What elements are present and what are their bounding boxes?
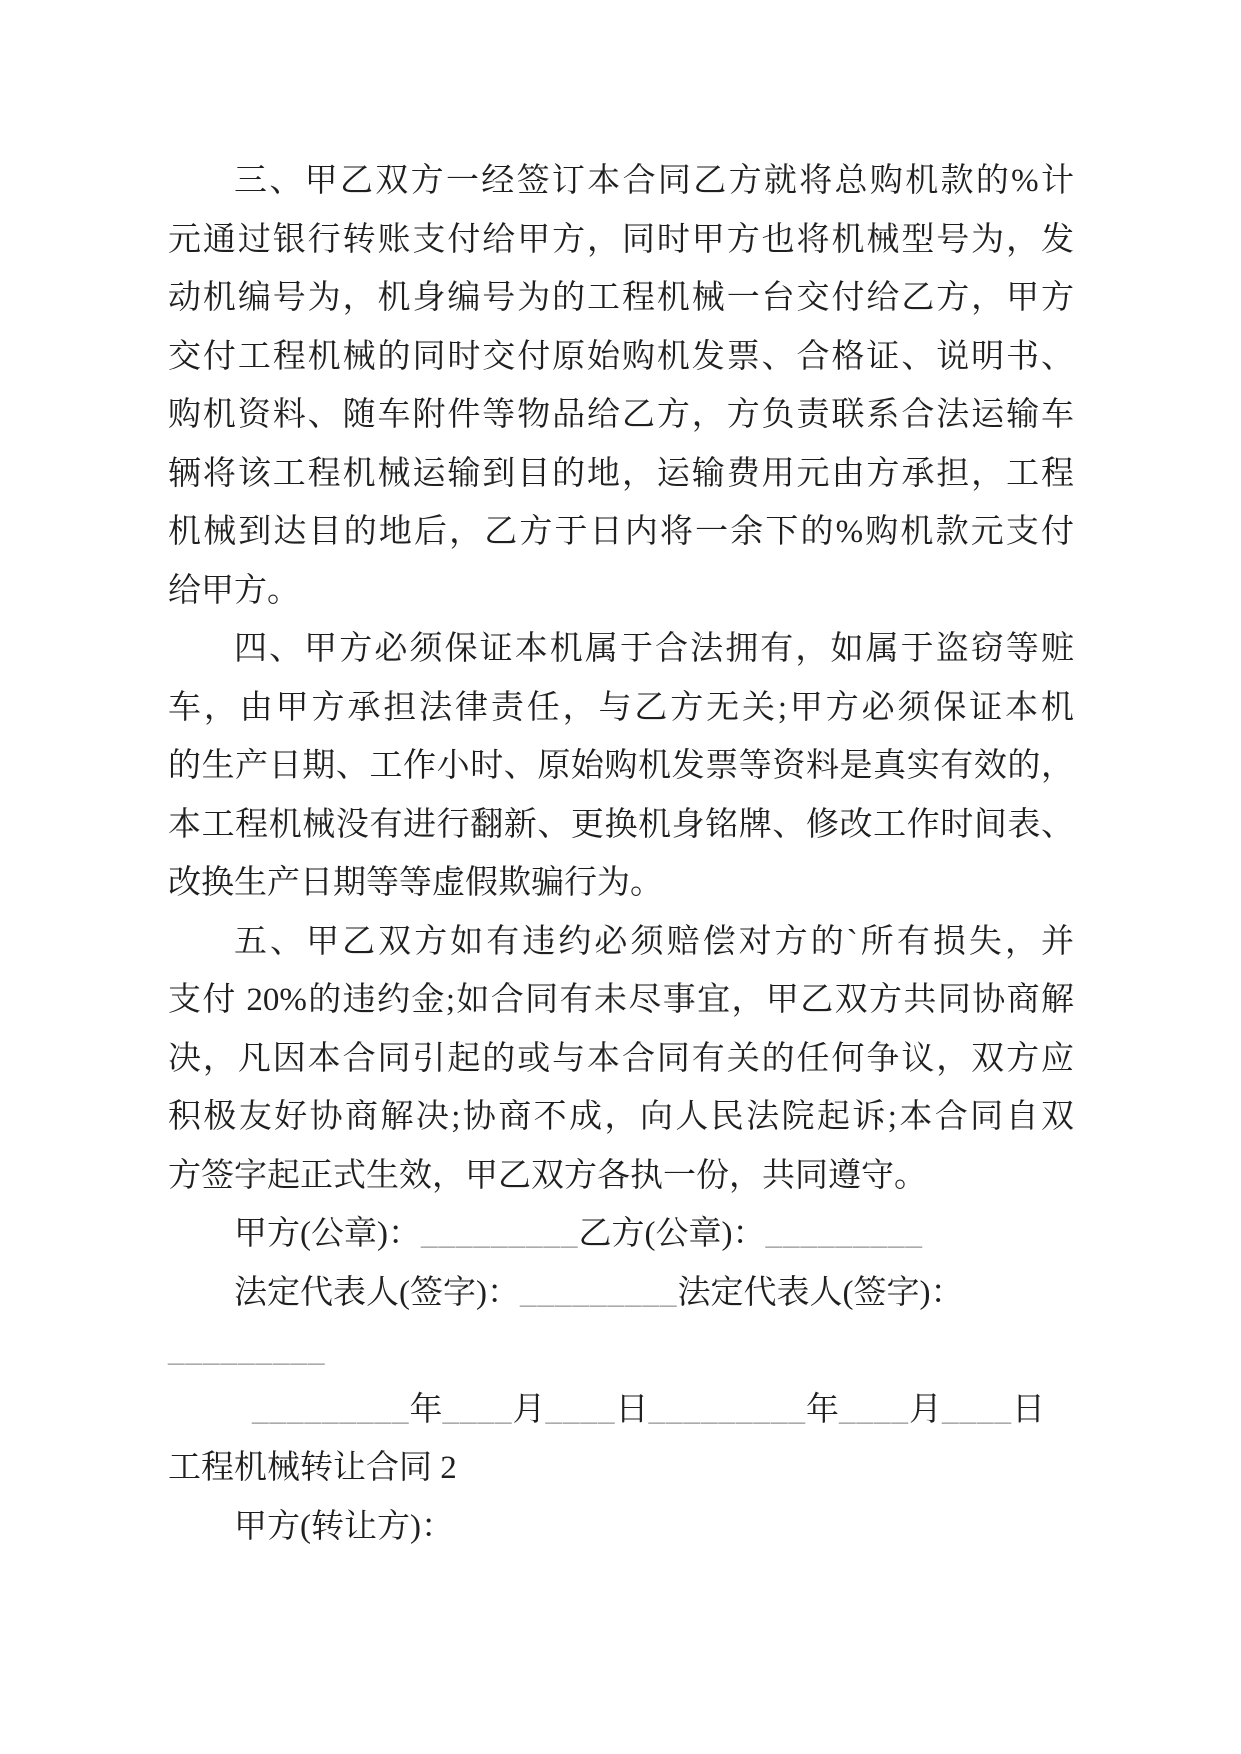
contract-body: 三、甲乙双方一经签订本合同乙方就将总购机款的%计 元通过银行转账支付给甲方，同时…	[168, 152, 1074, 1556]
blank-underline: _________	[520, 1275, 678, 1311]
clause3-line-8: 给甲方。	[168, 562, 1074, 621]
blank-underline: _________	[765, 1216, 923, 1252]
clause5-line-2: 支付 20%的违约金;如合同有未尽事宜，甲乙双方共同协商解	[168, 971, 1074, 1030]
field-label: 日	[1012, 1392, 1045, 1428]
blank-underline: _________	[168, 1333, 326, 1369]
clause5-line-4: 积极友好协商解决;协商不成，向人民法院起诉;本合同自双	[168, 1088, 1074, 1147]
clause4-line-2: 车，由甲方承担法律责任，与乙方无关;甲方必须保证本机	[168, 679, 1074, 738]
blank-underline: _________	[649, 1392, 807, 1428]
clause4-line-4: 本工程机械没有进行翻新、更换机身铭牌、修改工作时间表、	[168, 796, 1074, 855]
blank-underline: _________	[252, 1392, 410, 1428]
section2-party-a-line: 甲方(转让方)：	[168, 1498, 1074, 1557]
clause3-line-1: 三、甲乙双方一经签订本合同乙方就将总购机款的%计	[168, 152, 1074, 211]
blank-underline: ____	[443, 1392, 513, 1428]
field-label: 日	[616, 1392, 649, 1428]
field-label: 法定代表人(签字)：	[677, 1275, 963, 1311]
field-label: 法定代表人(签字)：	[234, 1275, 520, 1311]
clause3-line-7: 机械到达目的地后，乙方于日内将一余下的%购机款元支付	[168, 503, 1074, 562]
clause3-line-4: 交付工程机械的同时交付原始购机发票、合格证、说明书、	[168, 328, 1074, 387]
legal-representative-row: 法定代表人(签字)：_________法定代表人(签字)：	[168, 1264, 1074, 1323]
field-label: 甲方(公章)：	[234, 1216, 421, 1252]
field-label: 年	[806, 1392, 839, 1428]
contract-document-page: 三、甲乙双方一经签订本合同乙方就将总购机款的%计 元通过银行转账支付给甲方，同时…	[0, 0, 1241, 1754]
field-label: 月	[909, 1392, 942, 1428]
field-label: 月	[513, 1392, 546, 1428]
clause3-line-6: 辆将该工程机械运输到目的地，运输费用元由方承担，工程	[168, 445, 1074, 504]
clause3-line-3: 动机编号为，机身编号为的工程机械一台交付给乙方，甲方	[168, 269, 1074, 328]
clause5-line-5: 方签字起正式生效，甲乙双方各执一份，共同遵守。	[168, 1147, 1074, 1206]
clause4-line-3: 的生产日期、工作小时、原始购机发票等资料是真实有效的，	[168, 737, 1074, 796]
blank-underline: _________	[421, 1216, 579, 1252]
blank-underline: ____	[839, 1392, 909, 1428]
date-row: _________年____月____日_________年____月____日	[168, 1381, 1074, 1440]
blank-underline: ____	[546, 1392, 616, 1428]
seal-signature-row: 甲方(公章)：_________乙方(公章)：_________	[168, 1205, 1074, 1264]
clause5-line-1: 五、甲乙双方如有违约必须赔偿对方的`所有损失，并	[168, 913, 1074, 972]
field-label: 乙方(公章)：	[578, 1216, 765, 1252]
clause5-line-3: 决，凡因本合同引起的或与本合同有关的任何争议，双方应	[168, 1030, 1074, 1089]
signature-blank-row: _________	[168, 1322, 1074, 1381]
clause4-line-1: 四、甲方必须保证本机属于合法拥有，如属于盗窃等赃	[168, 620, 1074, 679]
field-label: 年	[410, 1392, 443, 1428]
section2-heading: 工程机械转让合同 2	[168, 1439, 1074, 1498]
clause4-line-5: 改换生产日期等等虚假欺骗行为。	[168, 854, 1074, 913]
blank-underline: ____	[942, 1392, 1012, 1428]
clause3-line-2: 元通过银行转账支付给甲方，同时甲方也将机械型号为，发	[168, 211, 1074, 270]
clause3-line-5: 购机资料、随车附件等物品给乙方，方负责联系合法运输车	[168, 386, 1074, 445]
